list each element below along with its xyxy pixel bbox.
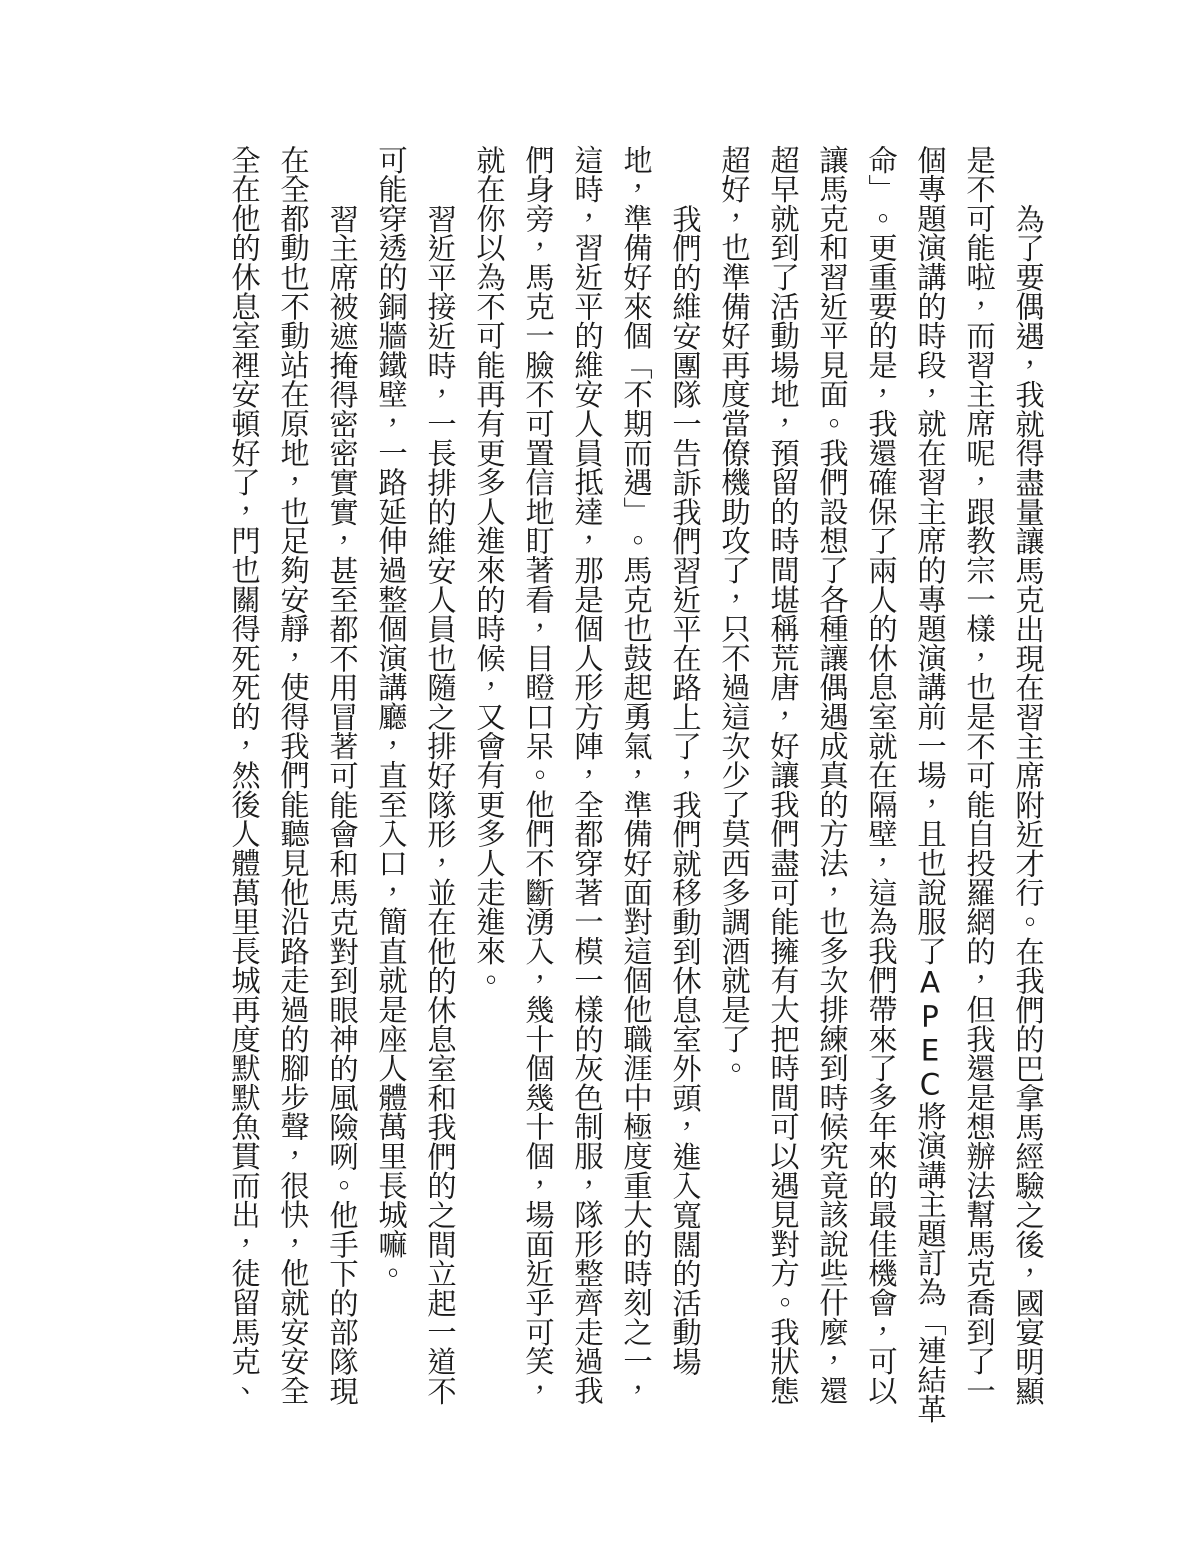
paragraph-3: 習近平接近時，一長排的維安人員也隨之排好隊形，並在他的休息室和我們的之間立起一道…	[366, 145, 464, 1431]
book-page: 為了要偶遇，我就得盡量讓馬克出現在習主席附近才行。在我們的巴拿馬經驗之後，國宴明…	[0, 0, 1200, 1553]
paragraph-2: 我們的維安團隊一告訴我們習近平在路上了，我們就移動到休息室外頭，進入寬闊的活動場…	[464, 145, 709, 1431]
paragraph-4: 習主席被遮掩得密密實實，甚至都不用冒著可能會和馬克對到眼神的風險咧。他手下的部隊…	[219, 145, 366, 1431]
vertical-text-block: 為了要偶遇，我就得盡量讓馬克出現在習主席附近才行。在我們的巴拿馬經驗之後，國宴明…	[216, 145, 1052, 1431]
paragraph-1: 為了要偶遇，我就得盡量讓馬克出現在習主席附近才行。在我們的巴拿馬經驗之後，國宴明…	[709, 145, 1052, 1431]
